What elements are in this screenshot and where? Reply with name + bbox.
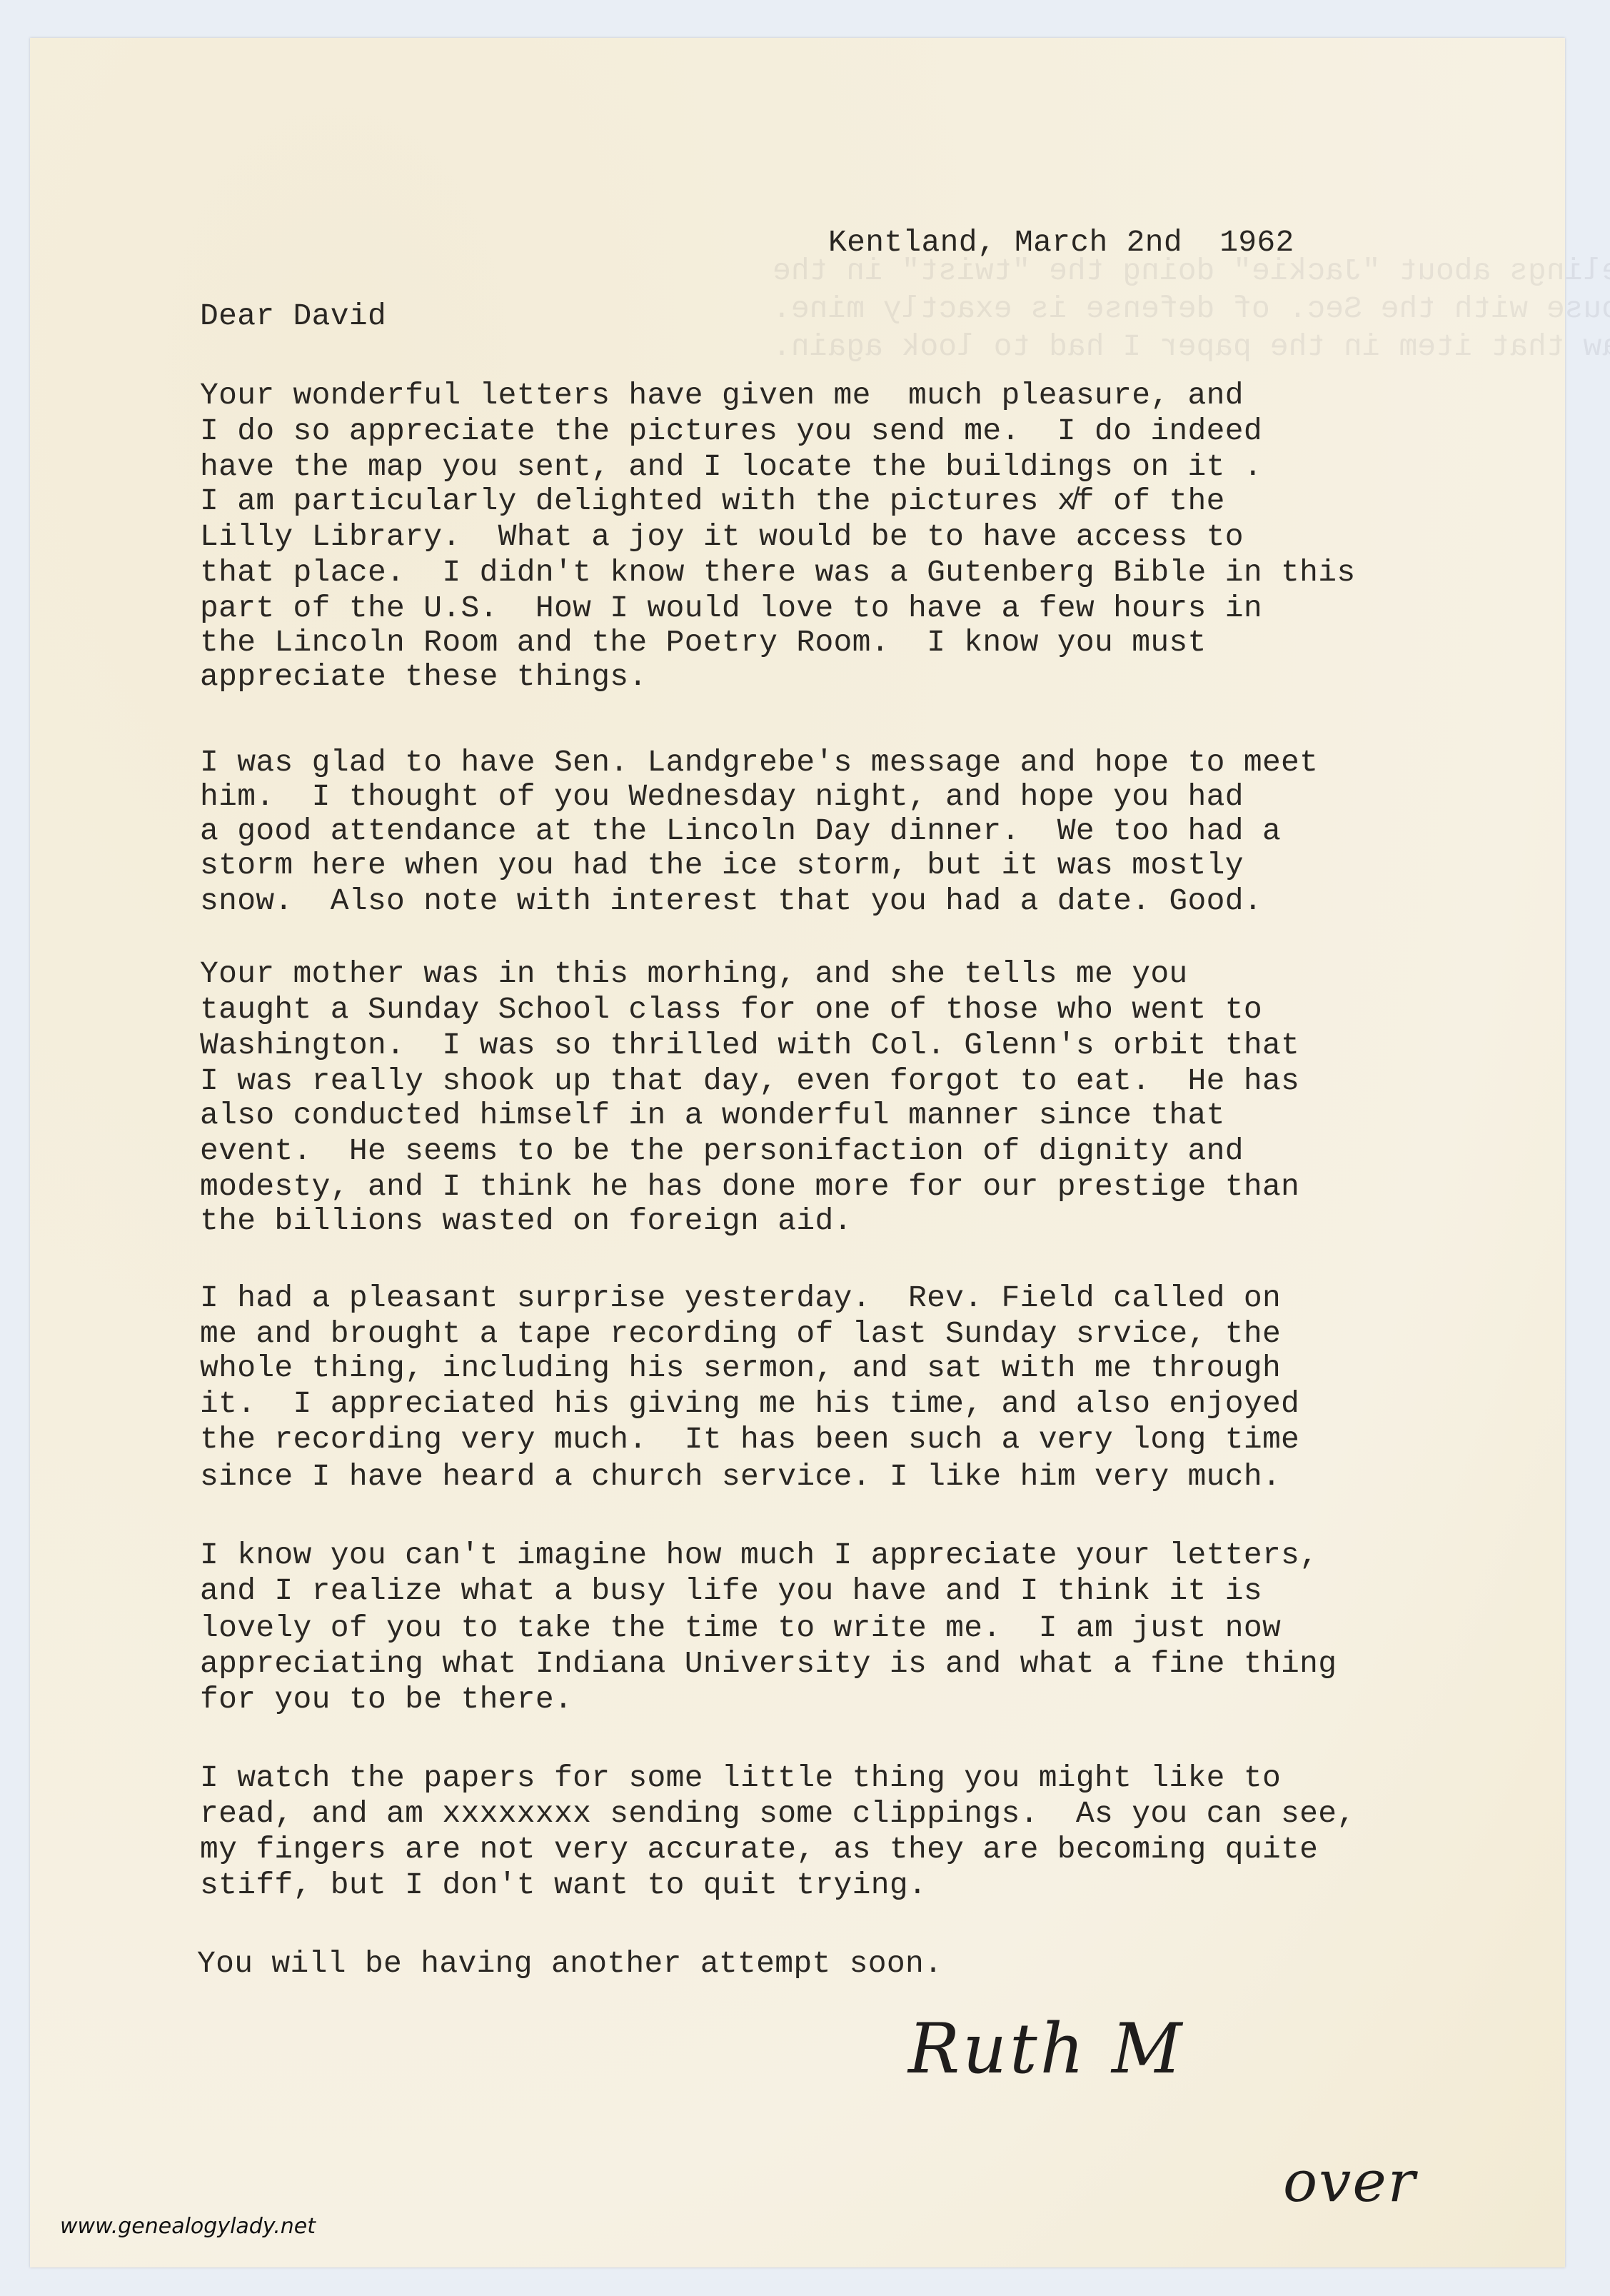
text-line: lovely of you to take the time to write …	[200, 1610, 1281, 1646]
text-line: the billions wasted on foreign aid.	[200, 1203, 852, 1239]
text-line: I was glad to have Sen. Landgrebe's mess…	[200, 745, 1318, 781]
text-line: Your mother was in this morhing, and she…	[200, 956, 1188, 992]
text-line: him. I thought of you Wednesday night, a…	[200, 779, 1244, 815]
text-line: have the map you sent, and I locate the …	[200, 449, 1262, 485]
salutation: Dear David	[200, 299, 386, 334]
text-line: I had a pleasant surprise yesterday. Rev…	[200, 1280, 1281, 1316]
text-line: event. He seems to be the personifaction…	[200, 1133, 1244, 1169]
text-line: storm here when you had the ice storm, b…	[200, 848, 1244, 883]
text-line: whole thing, including his sermon, and s…	[200, 1350, 1281, 1386]
text-line: since I have heard a church service. I l…	[200, 1459, 1281, 1495]
text-line: for you to be there.	[200, 1682, 573, 1718]
text-line: Lilly Library. What a joy it would be to…	[200, 519, 1244, 555]
text-line: snow. Also note with interest that you h…	[200, 883, 1262, 919]
text-line: that place. I didn't know there was a Gu…	[200, 555, 1355, 591]
text-line: and I realize what a busy life you have …	[200, 1573, 1262, 1609]
text-line: I am particularly delighted with the pic…	[200, 483, 1225, 519]
text-line: Washington. I was so thrilled with Col. …	[200, 1028, 1299, 1063]
text-line: appreciate these things.	[200, 659, 648, 695]
text-line: I do so appreciate the pictures you send…	[200, 413, 1262, 449]
text-line: stiff, but I don't want to quit trying.	[200, 1868, 927, 1903]
text-line: also conducted himself in a wonderful ma…	[200, 1098, 1225, 1133]
text-line: I watch the papers for some little thing…	[200, 1760, 1281, 1796]
dateline: Kentland, March 2nd 1962	[828, 225, 1294, 261]
text-line: I was really shook up that day, even for…	[200, 1063, 1299, 1099]
text-line: it. I appreciated his giving me his time…	[200, 1386, 1299, 1422]
bleed-through-line: When I saw that item in the paper I had …	[773, 328, 1610, 366]
text-line: part of the U.S. How I would love to hav…	[200, 591, 1262, 626]
bleed-through-line: White House with the Sec. of defense is …	[773, 290, 1610, 328]
text-line: read, and am xxxxxxxx sending some clipp…	[200, 1796, 1355, 1832]
watermark-text: www.genealogylady.net	[60, 2214, 316, 2239]
text-line: modesty, and I think he has done more fo…	[200, 1169, 1299, 1205]
handwritten-signature: Ruth M	[908, 2009, 1184, 2089]
text-line: You will be having another attempt soon.	[197, 1946, 942, 1982]
text-line: me and brought a tape recording of last …	[200, 1316, 1281, 1352]
text-line: the recording very much. It has been suc…	[200, 1422, 1299, 1458]
text-line: Your wonderful letters have given me muc…	[200, 378, 1244, 413]
text-line: my fingers are not very accurate, as the…	[200, 1832, 1318, 1868]
text-line: a good attendance at the Lincoln Day din…	[200, 813, 1281, 849]
text-line: appreciating what Indiana University is …	[200, 1646, 1337, 1682]
text-line: taught a Sunday School class for one of …	[200, 992, 1262, 1028]
text-line: I know you can't imagine how much I appr…	[200, 1538, 1318, 1573]
handwritten-over-note: over	[1283, 2148, 1417, 2215]
letter-page: Your feelings about "Jackie" doing the "…	[30, 38, 1565, 2267]
text-line: the Lincoln Room and the Poetry Room. I …	[200, 625, 1207, 661]
